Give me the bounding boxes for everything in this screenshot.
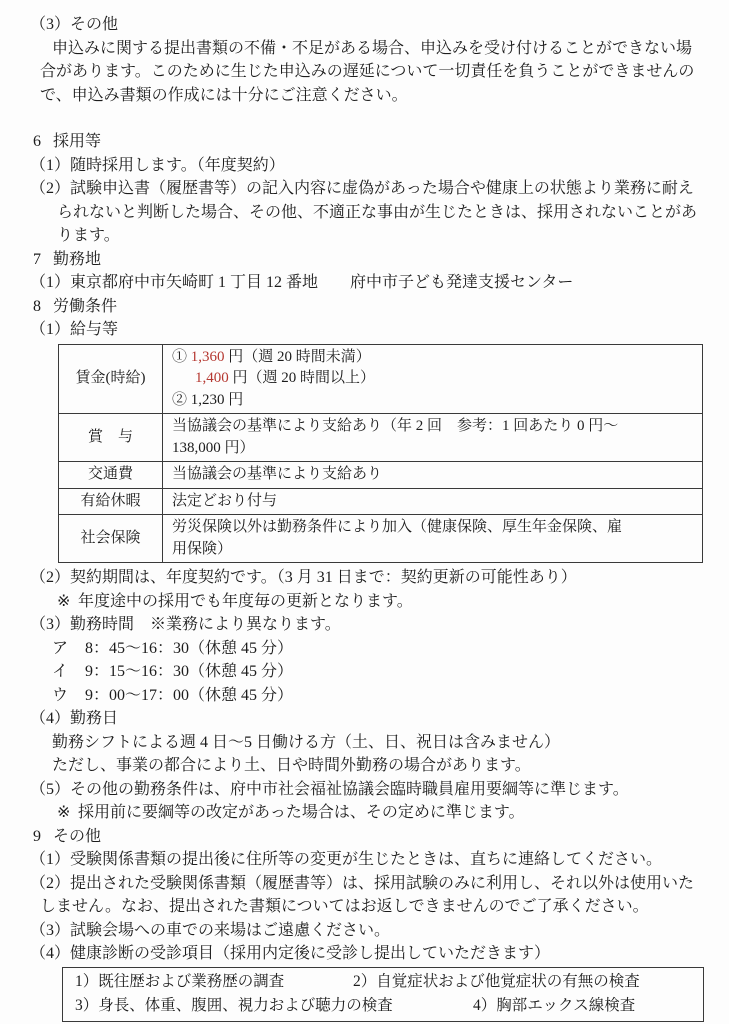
item-text: 契約期間は、年度契約です。（3 月 31 日まで：契約更新の可能性あり） bbox=[70, 569, 577, 586]
item-marker: （3） bbox=[30, 616, 70, 633]
wage-line-3-number: ② bbox=[172, 392, 187, 408]
wage-amount-over-20h: 1,400 bbox=[195, 370, 229, 386]
item-3-other-heading: （3）その他 bbox=[0, 13, 703, 37]
section-9-item-2: （2）提出された受験関係書類（履歴書等）は、採用試験のみに利用し、それ以外は使用… bbox=[0, 872, 703, 919]
paid-leave-value: 法定どおり付与 bbox=[163, 488, 703, 515]
wage-line-2: 1,400 円（週 20 時間以上） bbox=[195, 368, 693, 390]
item-text: 提出された受験関係書類（履歴書等）は、採用試験のみに利用し、それ以外は使用いたし… bbox=[40, 875, 694, 916]
item-marker: （1） bbox=[30, 851, 70, 868]
health-check-line-1: 1）既往歴および業務歴の調査2）自覚症状および他覚症状の有無の検査 bbox=[75, 970, 703, 994]
section-8-item-4: （4）勤務日 bbox=[0, 707, 703, 731]
section-8-item-2: （2）契約期間は、年度契約です。（3 月 31 日まで：契約更新の可能性あり） bbox=[0, 566, 703, 590]
health-check-item-3: 3）身長、体重、腹囲、視力および聴力の検査 bbox=[75, 994, 473, 1018]
bonus-label: 賞 与 bbox=[59, 414, 163, 462]
commute-row: 交通費 当協議会の基準により支給あり bbox=[59, 462, 703, 489]
item-marker: （4） bbox=[30, 710, 70, 727]
note-asterisk: ※ bbox=[57, 590, 78, 614]
item-text: 随時採用します。（年度契約） bbox=[70, 157, 285, 174]
item-marker: （1） bbox=[30, 274, 70, 291]
wage-amount-under-20h: 1,360 bbox=[191, 349, 225, 365]
wage-amount-secondary: 1,230 円 bbox=[191, 392, 244, 408]
wage-value: ① 1,360 円（週 20 時間未満） 1,400 円（週 20 時間以上） … bbox=[163, 344, 703, 414]
commute-label: 交通費 bbox=[59, 462, 163, 489]
shift-time: 8：45～16：30（休憩 45 分） bbox=[85, 640, 293, 657]
section-8-item-5-note: ※採用前に要綱等の改定があった場合は、その定めに準じます。 bbox=[0, 801, 703, 825]
health-check-item-2: 2）自覚症状および他覚症状の有無の検査 bbox=[353, 973, 640, 990]
section-number: 9 bbox=[33, 825, 53, 849]
section-9-item-1: （1）受験関係書類の提出後に住所等の変更が生じたときは、直ちに連絡してください。 bbox=[0, 848, 703, 872]
insurance-value: 労災保険以外は勤務条件により加入（健康保険、厚生年金保険、雇 用保険） bbox=[163, 515, 703, 563]
section-8-item-4-line-1: 勤務シフトによる週 4 日～5 日働ける方（土、日、祝日は含みません） bbox=[0, 731, 703, 755]
item-text: 試験会場への車での来場はご遠慮ください。 bbox=[70, 922, 390, 939]
section-9-item-4: （4）健康診断の受診項目（採用内定後に受診し提出していただきます） bbox=[0, 942, 703, 966]
item-text: 健康診断の受診項目（採用内定後に受診し提出していただきます） bbox=[70, 945, 550, 962]
shift-time: 9：15～16：30（休憩 45 分） bbox=[85, 663, 293, 680]
wage-line-1-condition: 円（週 20 時間未満） bbox=[228, 349, 371, 365]
shift-a: ア8：45～16：30（休憩 45 分） bbox=[0, 637, 703, 661]
shift-marker: ウ bbox=[52, 684, 85, 708]
health-check-item-1: 1）既往歴および業務歴の調査 bbox=[75, 970, 353, 994]
shift-marker: イ bbox=[52, 660, 85, 684]
salary-table: 賃金(時給) ① 1,360 円（週 20 時間未満） 1,400 円（週 20… bbox=[58, 344, 703, 564]
shift-u: ウ9：00～17：00（休憩 45 分） bbox=[0, 684, 703, 708]
section-7-item-1: （1）東京都府中市矢崎町 1 丁目 12 番地府中市子ども発達支援センター bbox=[0, 271, 703, 295]
bonus-row: 賞 与 当協議会の基準により支給あり（年 2 回 参考：1 回あたり 0 円～ … bbox=[59, 414, 703, 462]
shift-time: 9：00～17：00（休憩 45 分） bbox=[85, 687, 293, 704]
item-marker: （5） bbox=[30, 781, 70, 798]
item-marker: （3） bbox=[30, 16, 70, 33]
item-marker: （3） bbox=[30, 922, 70, 939]
section-8-item-5: （5）その他の勤務条件は、府中市社会福祉協議会臨時職員雇用要綱等に準じます。 bbox=[0, 778, 703, 802]
wage-line-3: ② 1,230 円 bbox=[172, 390, 693, 412]
section-8-item-1: （1）給与等 bbox=[0, 318, 703, 342]
section-9-heading: 9その他 bbox=[0, 825, 703, 849]
item-marker: （4） bbox=[30, 945, 70, 962]
insurance-label: 社会保険 bbox=[59, 515, 163, 563]
note-text: 採用前に要綱等の改定があった場合は、その定めに準じます。 bbox=[78, 804, 525, 821]
note-text: 年度途中の採用でも年度毎の更新となります。 bbox=[78, 593, 413, 610]
item-marker: （2） bbox=[30, 875, 70, 892]
item-text: その他の勤務条件は、府中市社会福祉協議会臨時職員雇用要綱等に準じます。 bbox=[70, 781, 629, 798]
item-text: 受験関係書類の提出後に住所等の変更が生じたときは、直ちに連絡してください。 bbox=[70, 851, 662, 868]
paid-leave-label: 有給休暇 bbox=[59, 488, 163, 515]
wage-row: 賃金(時給) ① 1,360 円（週 20 時間未満） 1,400 円（週 20… bbox=[59, 344, 703, 414]
item-3-other-body: 申込みに関する提出書類の不備・不足がある場合、申込みを受け付けることができない場… bbox=[0, 37, 703, 108]
health-check-line-2: 3）身長、体重、腹囲、視力および聴力の検査4）胸部エックス線検査 bbox=[75, 994, 703, 1018]
wage-line-1: ① 1,360 円（週 20 時間未満） bbox=[172, 347, 693, 369]
worksite-facility: 府中市子ども発達支援センター bbox=[350, 274, 573, 291]
section-number: 6 bbox=[33, 130, 53, 154]
section-8-item-4-line-2: ただし、事業の都合により土、日や時間外勤務の場合があります。 bbox=[0, 754, 703, 778]
item-title: その他 bbox=[70, 16, 118, 33]
worksite-address: 東京都府中市矢崎町 1 丁目 12 番地 bbox=[70, 274, 318, 291]
bonus-value: 当協議会の基準により支給あり（年 2 回 参考：1 回あたり 0 円～ 138,… bbox=[163, 414, 703, 462]
shift-marker: ア bbox=[52, 637, 85, 661]
section-9-item-3: （3）試験会場への車での来場はご遠慮ください。 bbox=[0, 919, 703, 943]
wage-label: 賃金(時給) bbox=[59, 344, 163, 414]
section-title: 採用等 bbox=[53, 133, 101, 150]
health-check-box: 1）既往歴および業務歴の調査2）自覚症状および他覚症状の有無の検査 3）身長、体… bbox=[62, 967, 704, 1022]
section-number: 7 bbox=[33, 248, 53, 272]
shift-i: イ9：15～16：30（休憩 45 分） bbox=[0, 660, 703, 684]
section-number: 8 bbox=[33, 295, 53, 319]
commute-value: 当協議会の基準により支給あり bbox=[163, 462, 703, 489]
wage-line-1-number: ① bbox=[172, 349, 187, 365]
note-asterisk: ※ bbox=[57, 801, 78, 825]
item-text: 試験申込書（履歴書等）の記入内容に虚偽があった場合や健康上の状態より業務に耐えら… bbox=[57, 180, 697, 244]
document-page: （3）その他 申込みに関する提出書類の不備・不足がある場合、申込みを受け付けるこ… bbox=[0, 0, 729, 1024]
section-8-item-3: （3）勤務時間 ※業務により異なります。 bbox=[0, 613, 703, 637]
section-title: 労働条件 bbox=[53, 298, 117, 315]
section-8-item-2-note: ※年度途中の採用でも年度毎の更新となります。 bbox=[0, 590, 703, 614]
item-text: 給与等 bbox=[70, 321, 118, 338]
section-6-item-2: （2）試験申込書（履歴書等）の記入内容に虚偽があった場合や健康上の状態より業務に… bbox=[0, 177, 703, 248]
paid-leave-row: 有給休暇 法定どおり付与 bbox=[59, 488, 703, 515]
section-title: 勤務地 bbox=[53, 251, 101, 268]
section-6-item-1: （1）随時採用します。（年度契約） bbox=[0, 154, 703, 178]
section-7-heading: 7勤務地 bbox=[0, 248, 703, 272]
insurance-row: 社会保険 労災保険以外は勤務条件により加入（健康保険、厚生年金保険、雇 用保険） bbox=[59, 515, 703, 563]
wage-line-2-condition: 円（週 20 時間以上） bbox=[233, 370, 376, 386]
health-check-item-4: 4）胸部エックス線検査 bbox=[473, 997, 635, 1014]
item-marker: （1） bbox=[30, 157, 70, 174]
item-text: 勤務時間 ※業務により異なります。 bbox=[70, 616, 341, 633]
item-marker: （2） bbox=[30, 569, 70, 586]
item-title: 勤務日 bbox=[70, 710, 118, 727]
section-title: その他 bbox=[53, 828, 101, 845]
section-6-heading: 6採用等 bbox=[0, 130, 703, 154]
section-8-heading: 8労働条件 bbox=[0, 295, 703, 319]
spacer bbox=[0, 107, 703, 130]
item-marker: （1） bbox=[30, 321, 70, 338]
item-marker: （2） bbox=[30, 180, 70, 197]
